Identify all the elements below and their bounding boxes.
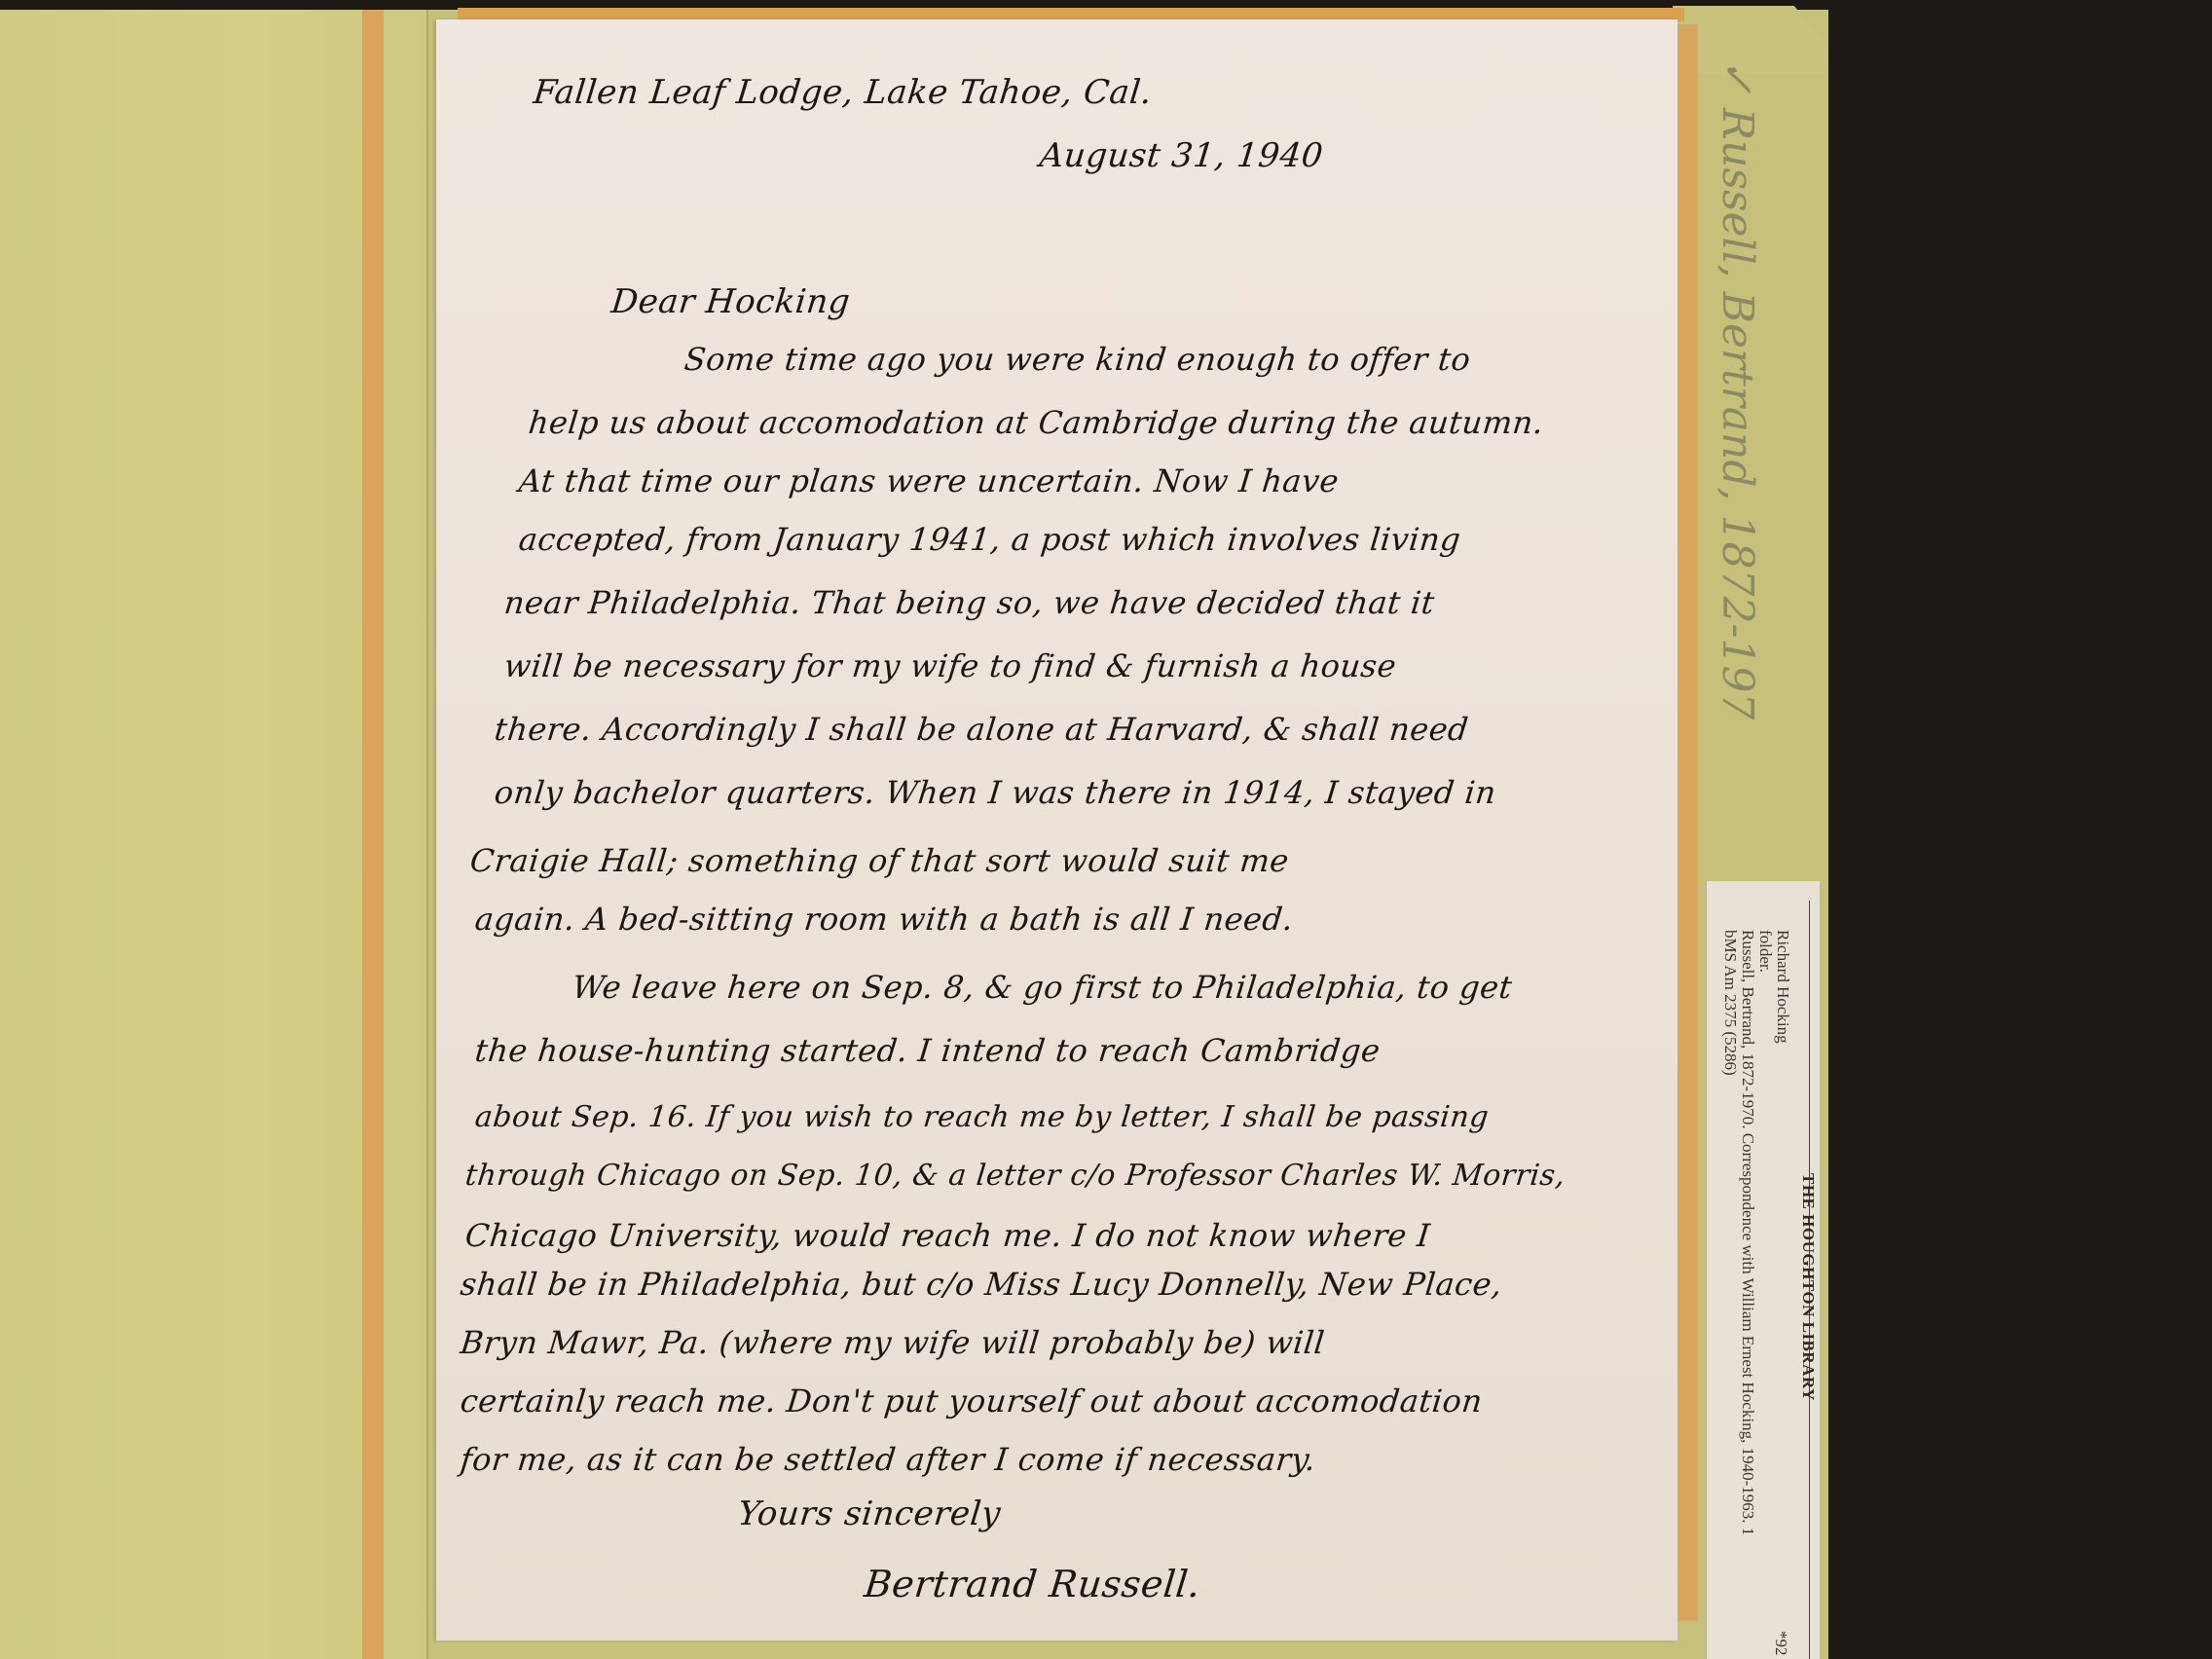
catalog-label-rotated-text: bMS Am 2375 (5286) Russell, Bertrand, 18… bbox=[1707, 881, 1820, 1659]
label-call-number: bMS Am 2375 (5286) bbox=[1720, 930, 1740, 1076]
label-folder: folder. bbox=[1755, 930, 1775, 973]
letter-date: August 31, 1940 bbox=[1038, 136, 1325, 175]
letter-line: Some time ago you were kind enough to of… bbox=[682, 341, 1472, 378]
letter-line: through Chicago on Sep. 10, & a letter c… bbox=[463, 1159, 1567, 1193]
letter-line: near Philadelphia. That being so, we hav… bbox=[502, 584, 1436, 621]
orange-sleeve-right-edge bbox=[1677, 24, 1698, 1621]
checkmark-icon: ✓ bbox=[1713, 58, 1762, 94]
letter-line: will be necessary for my wife to find & … bbox=[502, 647, 1398, 684]
letter-signature: Bertrand Russell. bbox=[863, 1563, 1203, 1605]
letter-closing: Yours sincerely bbox=[736, 1494, 1003, 1533]
orange-sleeve-left-edge bbox=[362, 10, 384, 1659]
label-library-name: THE HOUGHTON LIBRARY bbox=[1798, 1173, 1818, 1401]
letter-line: Bryn Mawr, Pa. (where my wife will proba… bbox=[459, 1324, 1327, 1361]
letter-place: Fallen Leaf Lodge, Lake Tahoe, Cal. bbox=[532, 73, 1154, 112]
label-description: Russell, Bertrand, 1872-1970. Correspond… bbox=[1738, 930, 1757, 1535]
folder-tab-handwritten-note: ✓ Russell, Bertrand, 1872-197 bbox=[1713, 58, 1762, 719]
letter-line: accepted, from January 1941, a post whic… bbox=[517, 521, 1462, 558]
letter-line: certainly reach me. Don't put yourself o… bbox=[459, 1382, 1485, 1419]
letter-line: only bachelor quarters. When I was there… bbox=[493, 774, 1498, 811]
letter-line: help us about accomodation at Cambridge … bbox=[527, 404, 1545, 441]
catalog-label: bMS Am 2375 (5286) Russell, Bertrand, 18… bbox=[1706, 881, 1820, 1659]
letter-line: for me, as it can be settled after I com… bbox=[459, 1441, 1317, 1478]
tab-note-text: Russell, Bertrand, 1872-197 bbox=[1713, 108, 1762, 719]
label-donor: Richard Hocking bbox=[1773, 930, 1792, 1044]
letter-line: We leave here on Sep. 8, & go first to P… bbox=[571, 969, 1514, 1006]
letter-line: about Sep. 16. If you wish to reach me b… bbox=[473, 1100, 1491, 1134]
letter-line: shall be in Philadelphia, but c/o Miss L… bbox=[459, 1266, 1504, 1303]
letter-salutation: Dear Hocking bbox=[609, 282, 852, 321]
letter-line: Craigie Hall; something of that sort wou… bbox=[468, 842, 1291, 879]
letter-line: At that time our plans were uncertain. N… bbox=[517, 462, 1341, 499]
letter-line: there. Accordingly I shall be alone at H… bbox=[493, 711, 1470, 748]
letter-line: again. A bed-sitting room with a bath is… bbox=[473, 901, 1295, 938]
letter-page: Fallen Leaf Lodge, Lake Tahoe, Cal. Augu… bbox=[436, 19, 1677, 1641]
label-barcode-fragment: *92 bbox=[1771, 1631, 1790, 1656]
letter-line: Chicago University, would reach me. I do… bbox=[463, 1217, 1432, 1254]
letter-line: the house-hunting started. I intend to r… bbox=[473, 1032, 1382, 1069]
